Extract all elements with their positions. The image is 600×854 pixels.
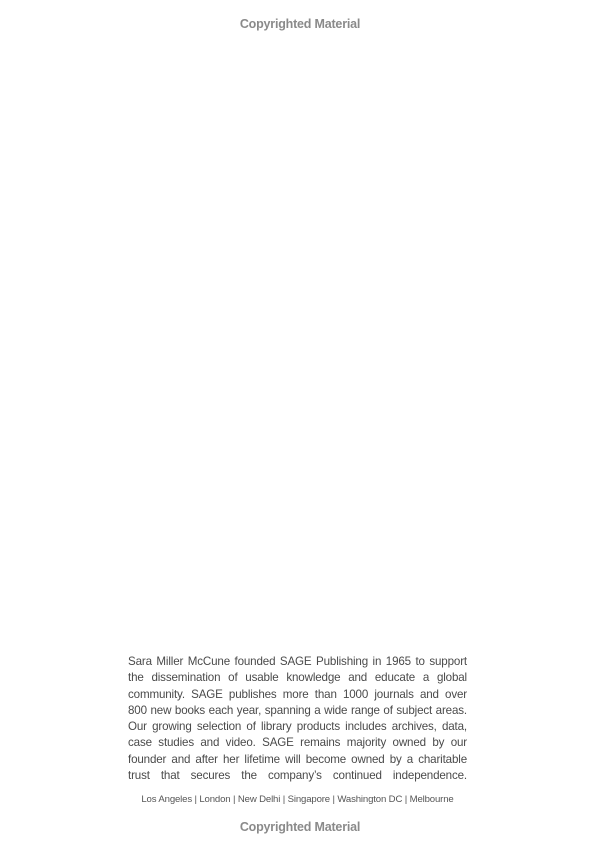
blurb-line: the dissemination of usable knowledge an…: [128, 670, 467, 686]
copyright-watermark-bottom: Copyrighted Material: [0, 820, 600, 834]
blurb-line: 800 new books each year, spanning a wide…: [128, 703, 467, 719]
blurb-line: community. SAGE publishes more than 1000…: [128, 687, 467, 703]
blurb-line: Our growing selection of library product…: [128, 719, 467, 735]
blurb-line: trust that secures the company’s continu…: [128, 768, 467, 784]
publisher-info: Sara Miller McCune founded SAGE Publishi…: [128, 654, 467, 805]
blurb-line: case studies and video. SAGE remains maj…: [128, 735, 467, 751]
office-locations: Los Angeles | London | New Delhi | Singa…: [128, 794, 467, 805]
blurb-line: Sara Miller McCune founded SAGE Publishi…: [128, 654, 467, 670]
publisher-blurb: Sara Miller McCune founded SAGE Publishi…: [128, 654, 467, 784]
blurb-line: founder and after her lifetime will beco…: [128, 752, 467, 768]
copyright-watermark-top: Copyrighted Material: [0, 17, 600, 31]
